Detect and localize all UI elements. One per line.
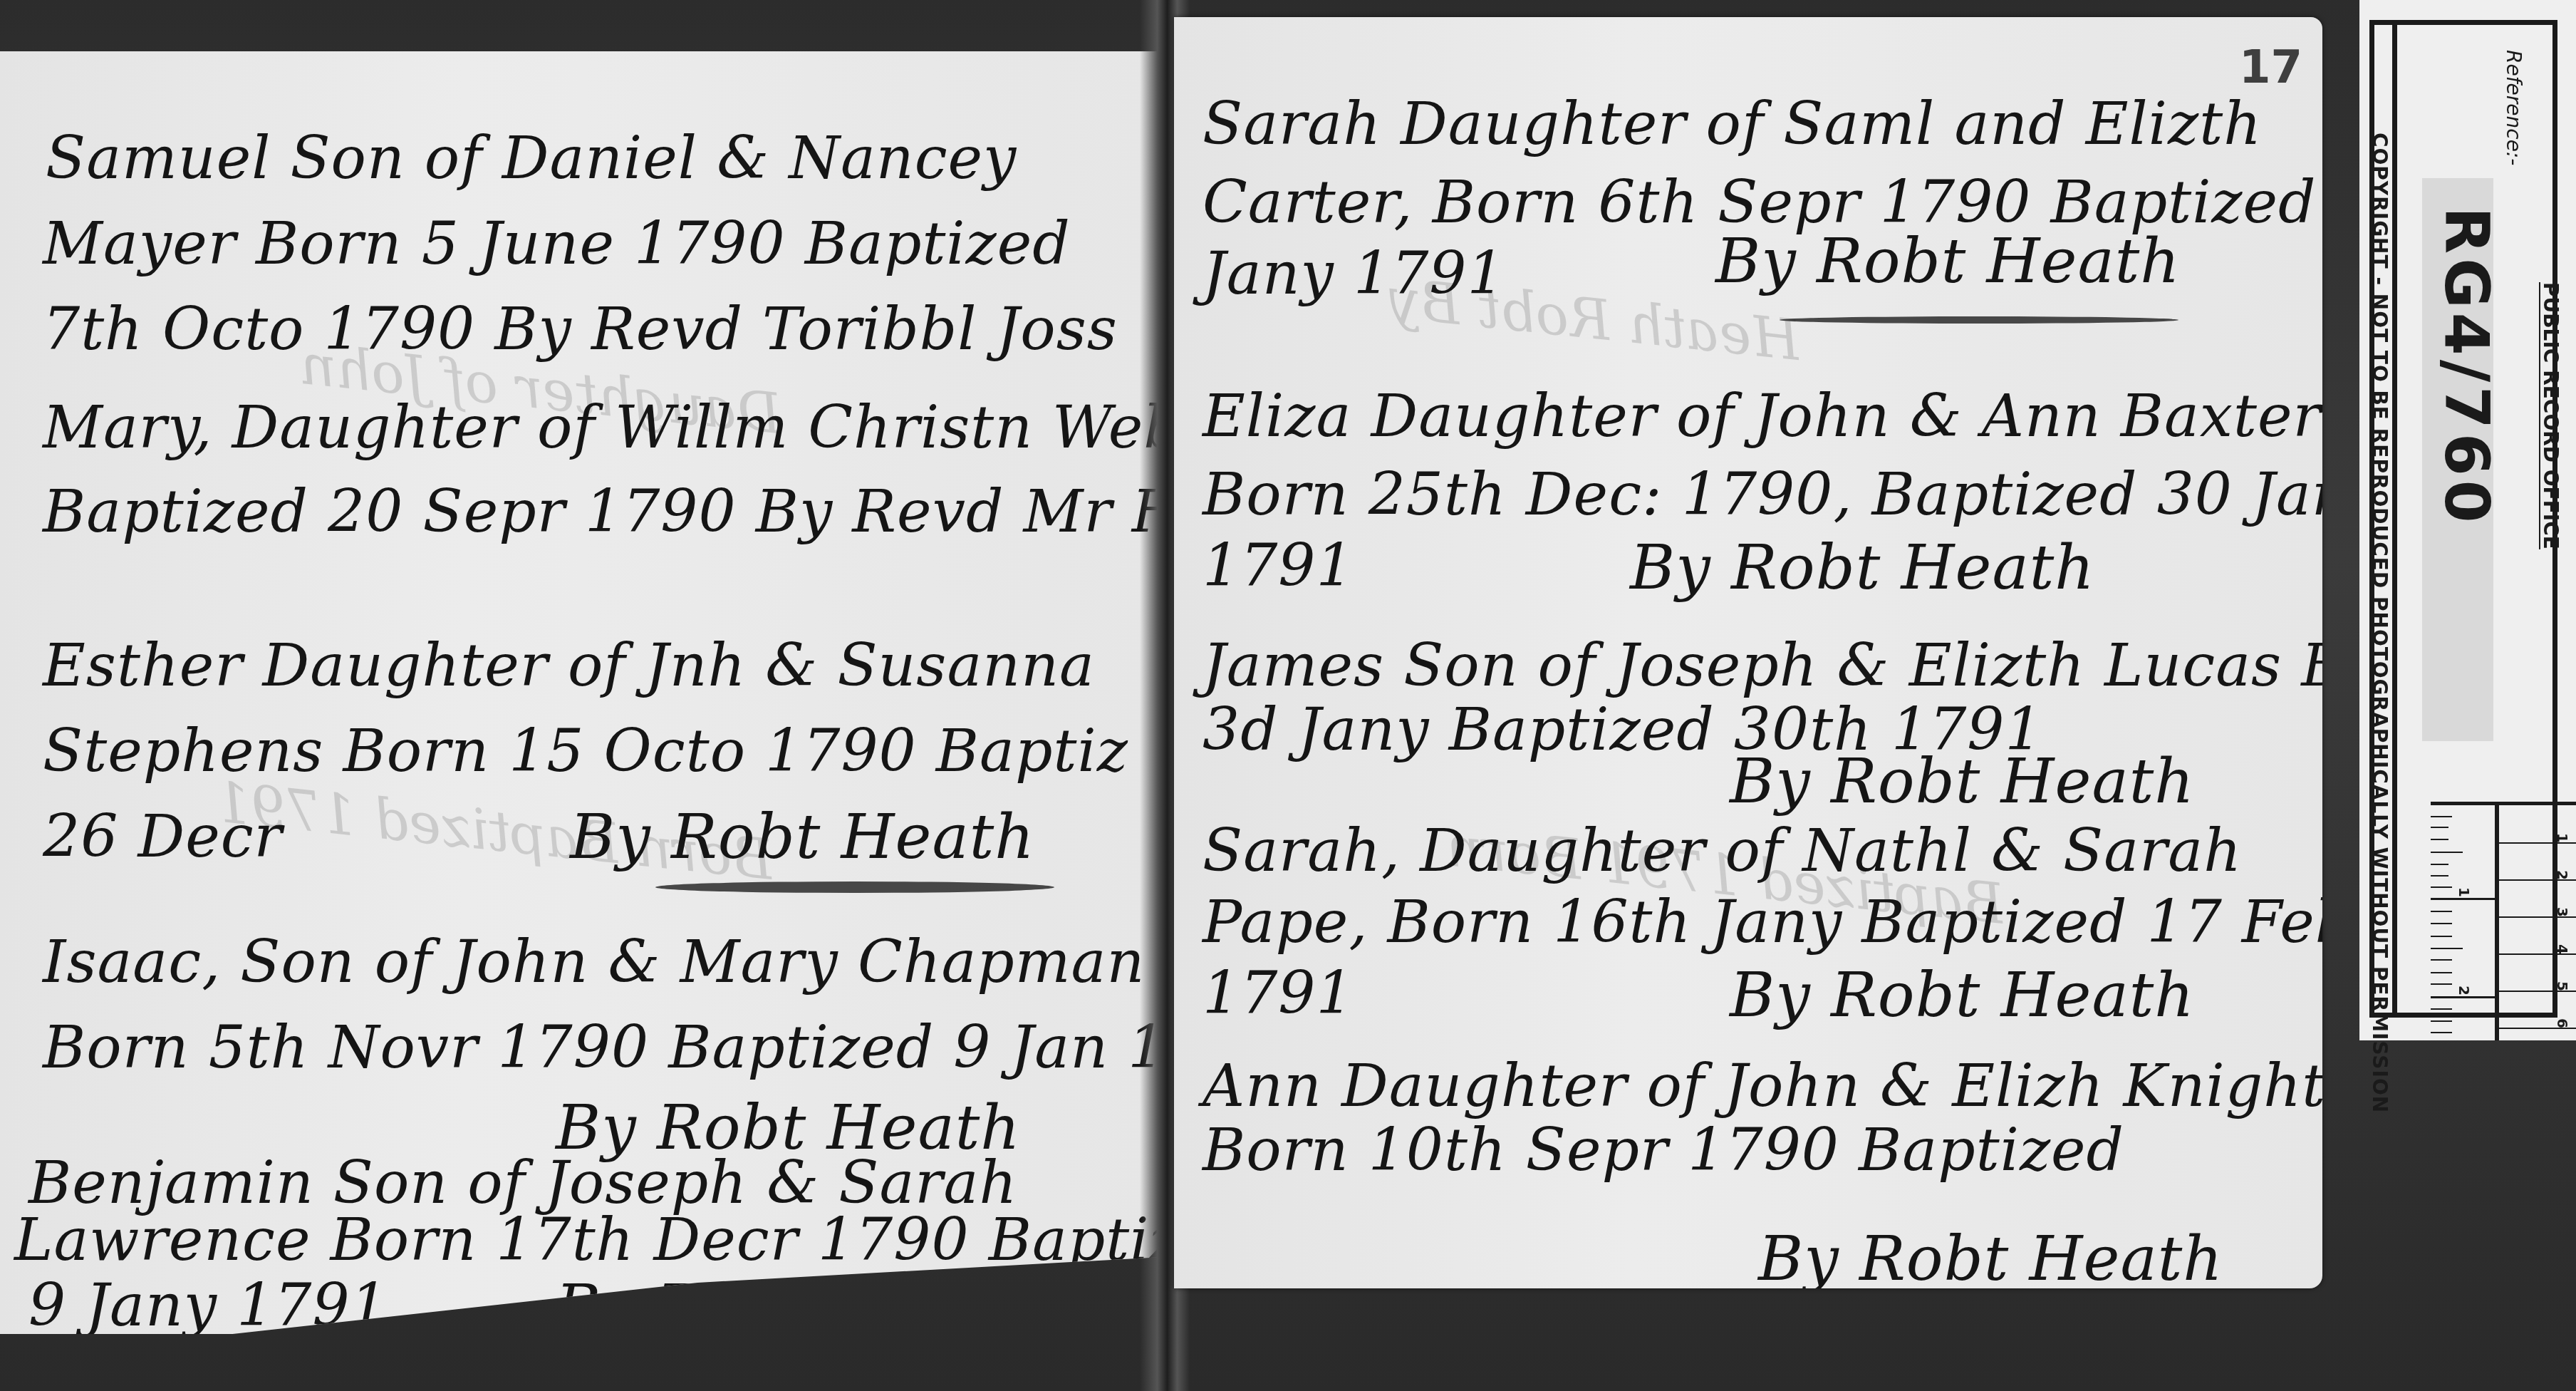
ruler-tick [2431,1032,2452,1033]
left-page: Daughter of John Born Baptized 1791 Samu… [0,51,1163,1334]
entry-line: Born 5th Novr 1790 Baptized 9 Jan 1791 [43,1019,1163,1077]
reference-card: Reference:- COPYRIGHT - NOT TO BE REPROD… [2359,0,2576,1040]
ruler-tick [2431,886,2452,888]
ruler-cm-label: 1 [2554,833,2571,843]
entry-line: Ann Daughter of John & Elizh Knight [1203,1058,2322,1116]
minister-signature: By Robt Heath [1758,1229,2223,1288]
ruler-tick [2431,936,2452,937]
right-page: Heath Robt By Baptized 1791 Born 17 Sara… [1174,17,2322,1288]
entry-line: 1791 [1203,965,1354,1023]
ruler-cm-label: 2 [2554,870,2571,880]
entry-line: Samuel Son of Daniel & Nancey [46,130,1017,188]
entry-line: Born 10th Sepr 1790 Baptized [1203,1122,2124,1180]
ruler-divider [2495,805,2499,1040]
ruler-inch-label: 2 [2456,986,2473,996]
ruler-tick [2431,875,2448,877]
ruler-tick [2431,959,2452,961]
ruler-tick [2431,911,2452,912]
ruler-tick [2431,983,2452,985]
measurement-ruler: 1 2 1 2 3 4 5 6 [2431,802,2576,1040]
minister-signature: By Robt Heath [1715,231,2181,292]
ruler-cm-label: 6 [2554,1018,2571,1028]
minister-signature: By Robt Heath [570,807,1035,868]
entry-line: Baptized 20 Sepr 1790 By Revd Mr Harris [43,483,1163,542]
entry-line: Eliza Daughter of John & Ann Baxter [1203,388,2322,446]
ruler-tick [2431,923,2452,924]
ruler-tick [2431,996,2495,998]
ruler-tick [2431,839,2448,840]
entry-line: Sarah Daughter of Saml and Elizth [1203,95,2262,154]
entry-line: Benjamin Son of Joseph & Sarah [28,1154,1017,1213]
minister-signature: By Robt Heath [1730,965,2195,1026]
ruler-cm-label: 5 [2554,981,2571,991]
ruler-tick [2431,816,2452,817]
ruler-tick [2431,827,2448,828]
signature-flourish [1780,316,2178,324]
ruler-cm-label: 3 [2554,907,2571,917]
office-label: PUBLIC RECORD OFFICE [2539,282,2562,549]
entry-line: 1791 [1203,537,1354,596]
reference-code: RG4/760 [2431,207,2502,527]
folio-number: 17 [2239,41,2302,94]
entry-line: Isaac, Son of John & Mary Chapman [43,934,1145,992]
ruler-tick [2431,972,2452,973]
ruler-tick [2431,948,2463,949]
entry-line: 7th Octo 1790 By Revd Toribbl Joss [43,301,1118,359]
ruler-inch-label: 1 [2456,887,2473,897]
entry-line: Sarah, Daughter of Nathl & Sarah [1203,822,2242,881]
entry-line: Mayer Born 5 June 1790 Baptized [43,215,1071,274]
entry-line: Pape, Born 16th Jany Baptized 17 Feby [1203,894,2322,952]
ruler-tick [2431,864,2448,865]
entry-line: Carter, Born 6th Sepr 1790 Baptized 25 [1203,174,2322,232]
entry-line: 26 Decr [43,808,283,867]
entry-line: Mary, Daughter of Willm Christn Webb [43,399,1163,457]
ruler-cm-label: 4 [2554,944,2571,954]
signature-flourish [655,881,1054,893]
entry-line: Esther Daughter of Jnh & Susanna [43,637,1095,695]
card-inner-rule [2392,20,2397,1018]
minister-signature: By Robt Heath [1630,537,2095,599]
entry-line: Stephens Born 15 Octo 1790 Baptiz [43,723,1128,781]
minister-signature: By Robt Heath [1730,751,2195,812]
entry-line: James Son of Joseph & Elizth Lucas Born [1203,637,2322,695]
entry-line: Lawrence Born 17th Decr 1790 Baptized [14,1211,1163,1270]
entry-line: Jany 1791 [1203,245,1505,304]
entry-line: Born 25th Dec: 1790, Baptized 30 Jany [1203,466,2322,524]
reference-label: Reference:- [2502,50,2525,165]
copyright-notice: COPYRIGHT - NOT TO BE REPRODUCED PHOTOGR… [2368,133,2391,1113]
ruler-tick [2431,852,2463,853]
ruler-tick [2431,1020,2452,1022]
ruler-tick [2431,898,2495,900]
ruler-tick [2431,1008,2452,1010]
